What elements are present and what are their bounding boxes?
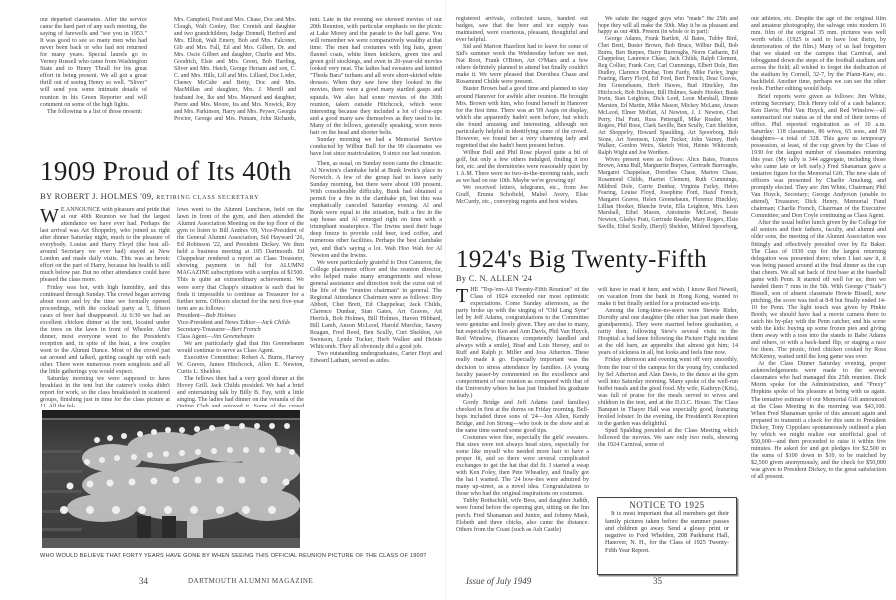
- paragraph: We are particularly glad that Jim Greene…: [177, 341, 304, 355]
- paragraph: Friday was hot, with high humidity, and …: [40, 285, 170, 377]
- paragraph: Saturday morning we were supposed to hav…: [40, 376, 170, 407]
- byline-1909: BY ROBERT J. HOLMES '09, RETIRING CLASS …: [40, 191, 259, 201]
- photo-caption: WHO WOULD BELIEVE THAT FORTY YEARS HAVE …: [40, 553, 302, 559]
- paragraph: Gordy Bridge and Jeff Adams (and familie…: [456, 400, 589, 435]
- paragraph: lows went to the Alumni Luncheon, held o…: [177, 207, 304, 313]
- article-title-1924: 1924's Big Twenty-Fifth: [456, 246, 707, 274]
- paragraph: Costumes were fine, especially the girls…: [456, 435, 589, 498]
- byline-1924: By C. N. ALLEN '24: [456, 274, 532, 283]
- officer-row: Class Agent—Jim Greenebaum: [177, 334, 304, 341]
- right-continuation-col-2: We salute the rugged guys who "made" the…: [598, 16, 738, 230]
- paragraph: We received letters, telegrams, etc., fr…: [456, 185, 588, 206]
- article-1924-col-2: will have to read it here, and wish. I k…: [598, 287, 738, 490]
- paragraph: Then, as usual, on Sunday noon came the …: [310, 161, 442, 260]
- paragraph: Buster Brown had a good time and planned…: [456, 86, 588, 149]
- paragraph: our departed classmates. After the servi…: [40, 17, 147, 109]
- left-col-3: tent. Late in the evening we showed movi…: [310, 17, 442, 391]
- magazine-name: DARTMOUTH ALUMNI MAGAZINE: [188, 577, 313, 585]
- notice-body: It is most important that all members ge…: [605, 510, 729, 554]
- paragraph: Executive Committee: Robert A. Burns, Ha…: [177, 355, 304, 376]
- paragraph: Among the long-time-no-seers were Stewie…: [598, 308, 738, 357]
- page-gutter: [445, 0, 446, 600]
- paragraph: Sid and Marion Hazelton had to leave for…: [456, 44, 588, 86]
- officer-row: Secretary-Treasurer—Bert French: [177, 327, 304, 334]
- paragraph: tent. Late in the evening we showed movi…: [310, 17, 442, 137]
- paragraph: We salute the rugged guys who "made" the…: [598, 16, 738, 36]
- right-col-3: our athletes, etc. Despite the age of th…: [751, 16, 886, 564]
- issue-label: Issue of July 1949: [466, 576, 531, 586]
- paragraph: The following is a list of those present…: [40, 109, 147, 113]
- left-continuation-col-1: our departed classmates. After the servi…: [40, 17, 147, 113]
- article-1909-col-1: WE ANNOUNCE with pleasure and pride that…: [40, 207, 170, 407]
- paragraph: Sunday morning we had a Memorial Service…: [310, 137, 442, 158]
- paragraph: Friday afternoon and evening went off ve…: [598, 357, 738, 427]
- paragraph: WE ANNOUNCE with pleasure and pride that…: [40, 207, 170, 285]
- left-continuation-col-2: Mrs. Campbell, Fred and Mrs. Chase, Doc …: [174, 17, 296, 123]
- paragraph: Brief reports were given as follows: Jim…: [751, 94, 886, 221]
- class-reunion-photo: [42, 410, 300, 548]
- right-continuation-col-1: registered arrivals, collected taxes, ha…: [456, 16, 588, 238]
- officer-row: Vice-President and News Editor—Jack Chil…: [177, 320, 304, 327]
- notice-box: NOTICE TO 1925 It is most important that…: [597, 497, 737, 575]
- byline-author: BY ROBERT J. HOLMES '09,: [40, 191, 154, 201]
- article-1924-col-1: THE "Top-'em-All Twenty-Fifth Reunion" o…: [456, 287, 589, 565]
- paragraph: Spud Spalding presided at the Class Meet…: [598, 428, 738, 449]
- page-number-right: 35: [653, 576, 662, 586]
- paragraph: Tubby Rothschild, wife Bess, and daughte…: [456, 498, 589, 533]
- page-number-left: 34: [139, 576, 148, 586]
- attendee-list: George Adams, Frank Bartlett, Al Bates, …: [598, 36, 738, 157]
- byline-role: RETIRING CLASS SECRETARY: [156, 195, 259, 201]
- paragraph: registered arrivals, collected taxes, ha…: [456, 16, 588, 44]
- drop-cap: W: [40, 208, 59, 224]
- paragraph: Wilbur Bull and Phil Rose played quite a…: [456, 150, 588, 185]
- paragraph: our athletes, etc. Despite the age of th…: [751, 16, 886, 94]
- paragraph: We were particularly grateful to Don Cam…: [310, 260, 442, 352]
- paragraph: The fellows then had a very good dinner …: [177, 376, 304, 407]
- article-title-1909: 1909 Proud of Its 40th: [40, 156, 292, 187]
- paragraph: After the usual buffet lunch given by th…: [751, 220, 886, 361]
- article-1909-col-2: lows went to the Alumni Luncheon, held o…: [177, 207, 304, 407]
- drop-cap: T: [456, 288, 468, 304]
- paragraph: THE "Top-'em-All Twenty-Fifth Reunion" o…: [456, 287, 589, 400]
- notice-title: NOTICE TO 1925: [605, 502, 729, 509]
- paragraph: will have to read it here, and wish. I k…: [598, 287, 738, 308]
- group-photo-illustration: [42, 410, 300, 548]
- wives-list: Wives present were as follows: Alice Bat…: [598, 157, 738, 230]
- paragraph: At the Class Dinner Saturday evening, pr…: [751, 361, 886, 481]
- officer-row: President—Bob Holmes: [177, 313, 304, 320]
- paragraph: Two outstanding undergraduates, Carter H…: [310, 351, 442, 365]
- attendee-list: Mrs. Campbell, Fred and Mrs. Chase, Doc …: [174, 17, 296, 123]
